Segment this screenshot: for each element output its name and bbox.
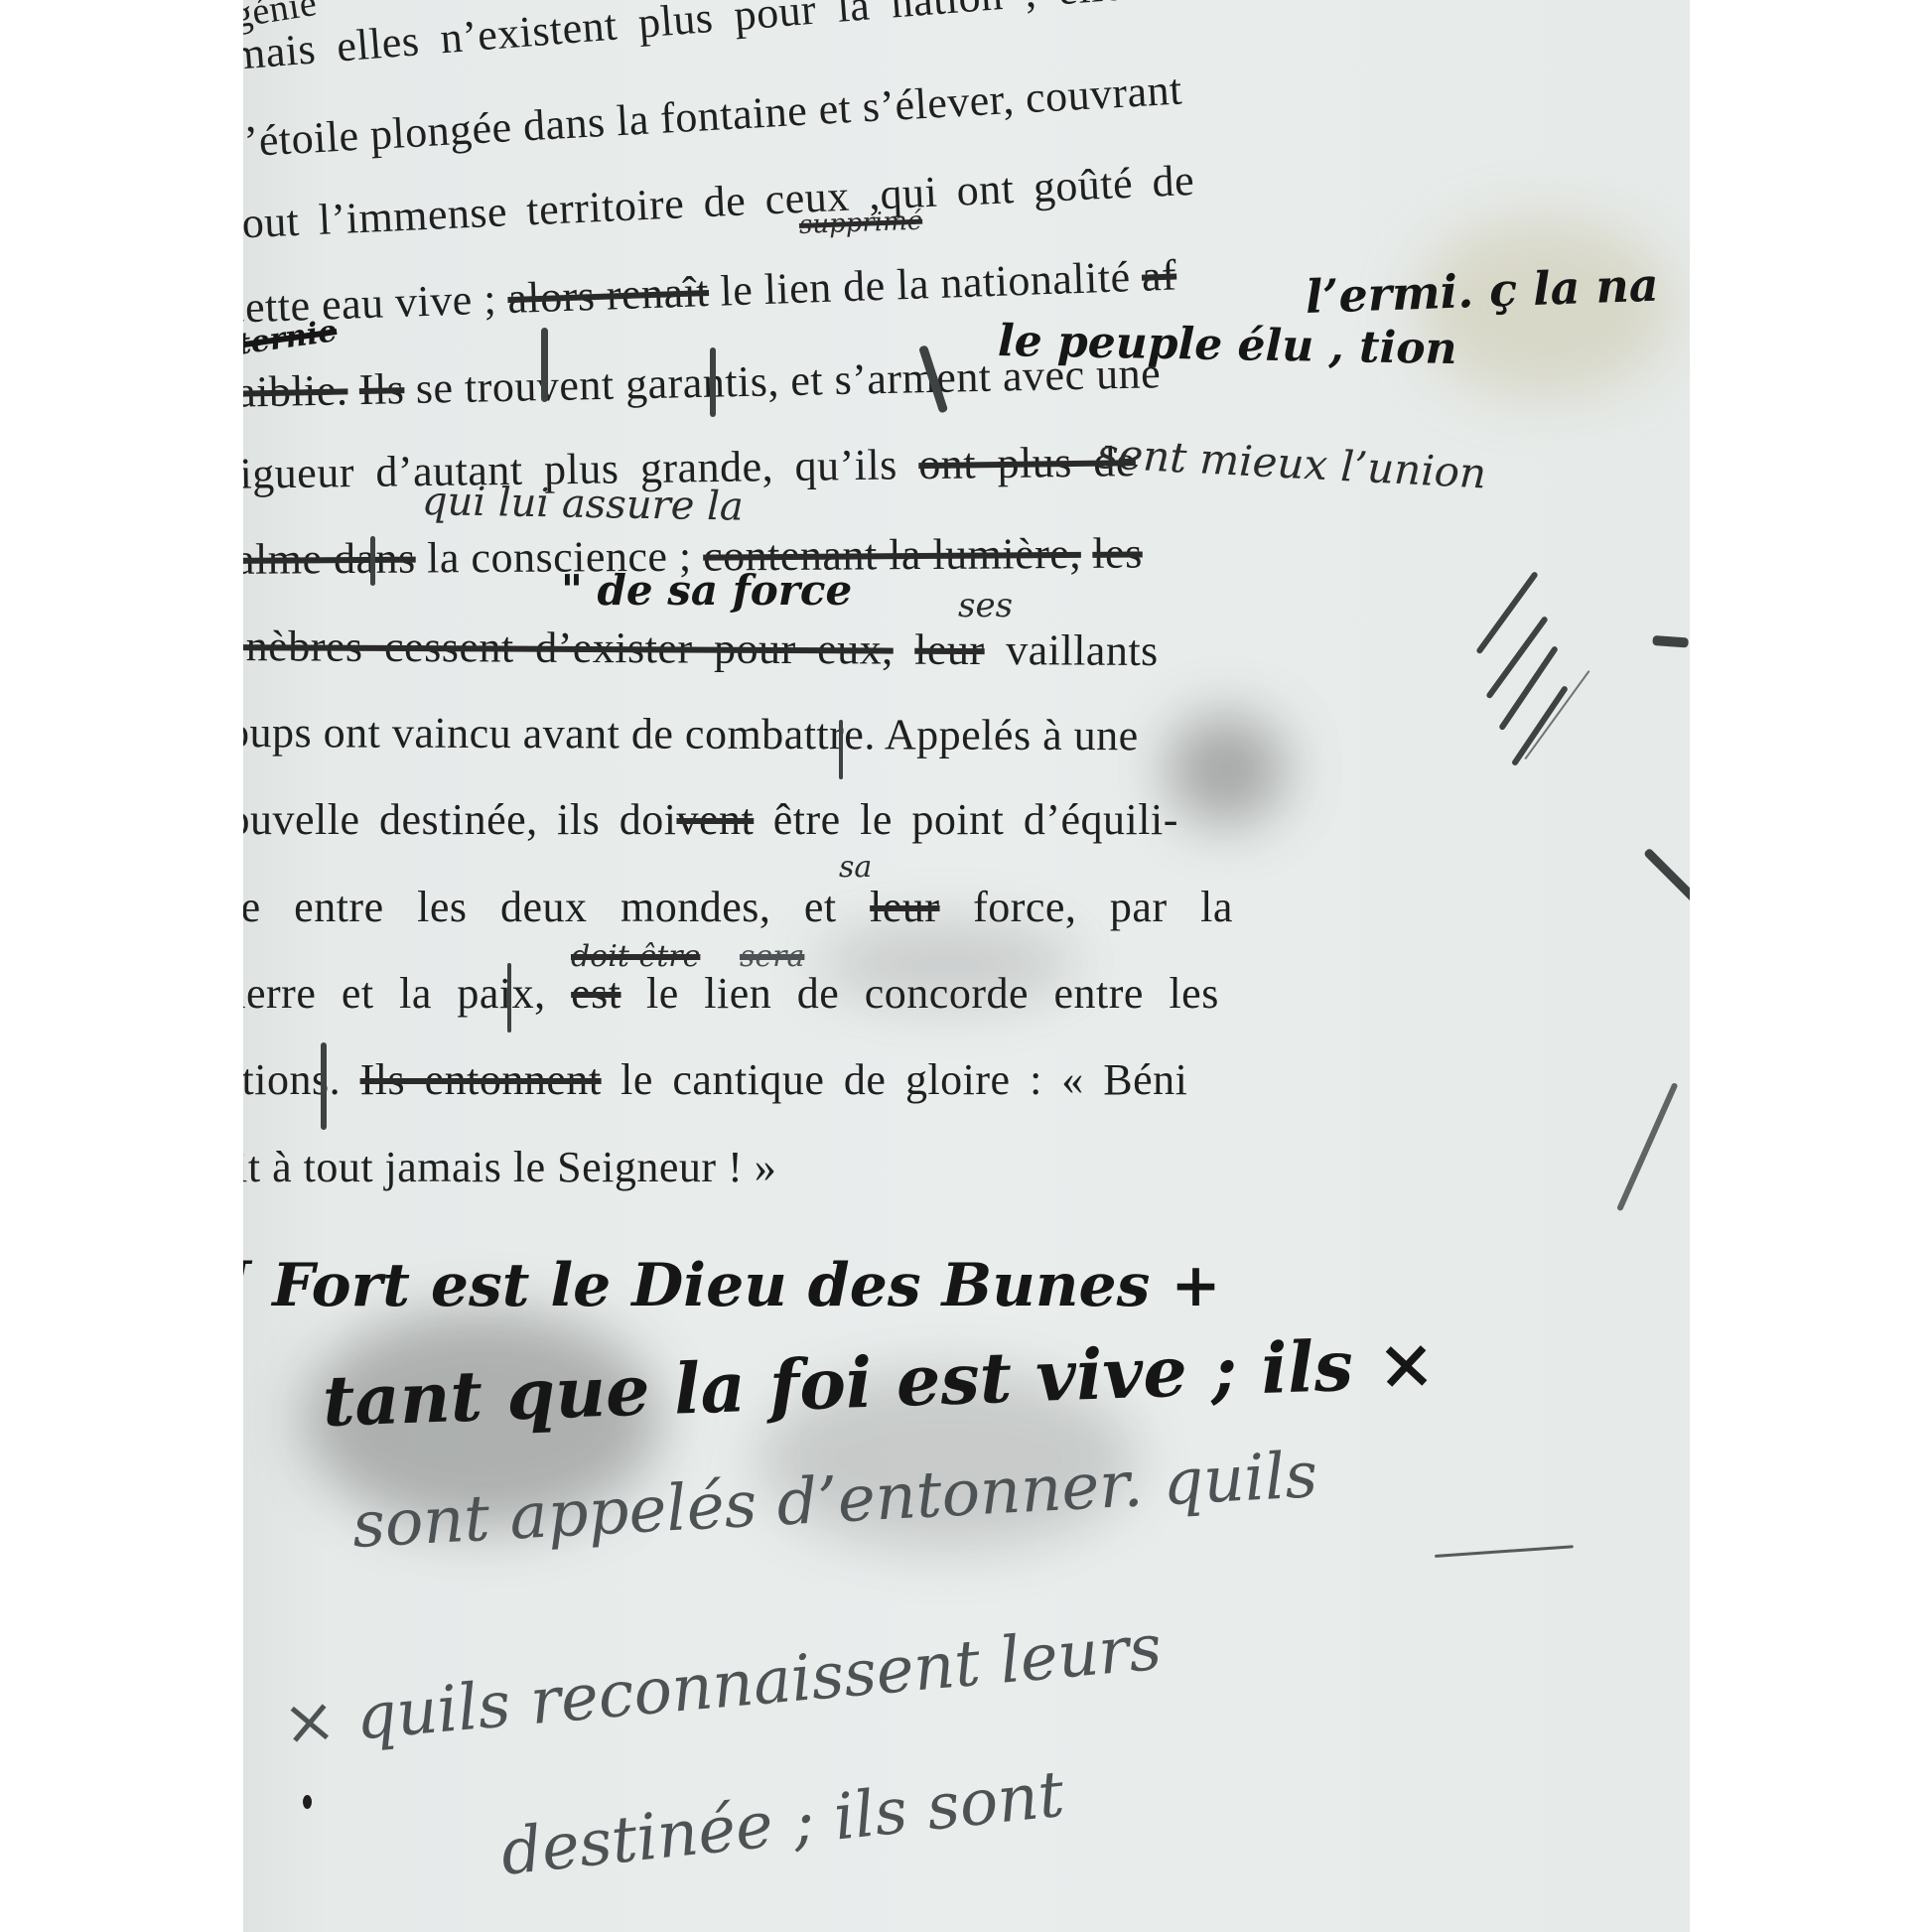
struck-text: af — [1141, 251, 1177, 301]
printed-text: vaillants — [1006, 625, 1159, 675]
printed-line-2: l’étoile plongée dans la fontaine et s’é… — [243, 64, 1183, 167]
caret-mark — [507, 963, 511, 1033]
struck-text: calme dans — [243, 534, 416, 584]
handwritten-insertion: le peuple élu , tion — [998, 316, 1457, 374]
handwritten-paragraph-line: destinée ; ils sont — [497, 1758, 1067, 1890]
printed-text: coups ont vaincu avant de combattre. App… — [243, 708, 1139, 759]
handwritten-paragraph-line: sont appelés d’entonner. quils — [350, 1439, 1319, 1563]
printed-line-14: soit à tout jamais le Seigneur ! » — [243, 1142, 776, 1192]
margin-slash-mark — [1652, 635, 1689, 647]
struck-text: Ils entonnent — [360, 1055, 602, 1104]
struck-text: vent — [676, 795, 754, 844]
printed-line-9: coups ont vaincu avant de combattre. App… — [243, 707, 1139, 760]
printed-line-1: mais elles n’existent plus pour la natio… — [243, 0, 1216, 80]
handwritten-insertion: sera — [740, 939, 804, 974]
printed-line-11: bre entre les deux mondes, et leur force… — [243, 882, 1233, 932]
handwritten-insertion: qui lui assure la — [422, 479, 745, 530]
printed-line-3: tout l’immense territoire de ceux ,qui o… — [243, 155, 1195, 249]
handwritten-paragraph-line: [ Fort est le Dieu des Bunes + — [243, 1251, 1221, 1320]
printed-text: tout l’immense territoire de ceux ,qui o… — [243, 156, 1195, 248]
printed-text: le lien de la nationalité — [720, 252, 1132, 315]
bracket-mark — [321, 1042, 327, 1130]
printed-text: force, par la — [973, 883, 1233, 931]
ink-smudge — [1167, 715, 1286, 824]
margin-slash-mark — [1616, 1082, 1678, 1211]
printed-text: le lien de concorde entre les — [646, 969, 1219, 1018]
printed-line-8: ténèbres cessent d’exister pour eux, leu… — [243, 621, 1159, 676]
book-page: génie mais elles n’existent plus pour la… — [243, 0, 1690, 1932]
printed-text: nouvelle destinée, ils doi — [243, 795, 676, 844]
handwritten-insertion: sent mieux l’union — [1096, 429, 1488, 497]
quils-underline — [1435, 1545, 1574, 1558]
struck-text: leur — [914, 625, 985, 674]
printed-line-13: nations. Ils entonnent le cantique de gl… — [243, 1054, 1187, 1105]
struck-text: ténèbres cessent d’exister pour eux, — [243, 621, 894, 674]
caret-mark — [710, 347, 716, 417]
handwritten-paragraph-line: tant que la foi est vive ; ils × — [322, 1321, 1438, 1443]
handwritten-paragraph-line: × quils reconnaissent leurs — [280, 1611, 1165, 1761]
handwritten-insertion: l’ermi. ç la na — [1305, 258, 1659, 324]
margin-slash-mark — [1643, 848, 1690, 910]
caret-mark — [370, 536, 375, 586]
printed-text: être le point d’équili- — [773, 795, 1178, 844]
printed-text: soit à tout jamais le Seigneur ! » — [243, 1143, 776, 1191]
struck-text: Ils — [358, 364, 405, 414]
handwritten-insertion: " de sa force — [561, 566, 852, 615]
printed-text: l’étoile plongée dans la fontaine et s’é… — [243, 65, 1183, 166]
handwritten-insertion: ses — [958, 586, 1013, 625]
ink-dot — [303, 1795, 312, 1809]
margin-slash-mark — [1498, 645, 1559, 731]
printed-line-12: guerre et la paix, est le lien de concor… — [243, 968, 1219, 1019]
printed-line-10: nouvelle destinée, ils doivent être le p… — [243, 794, 1178, 845]
printed-text: bre entre les deux mondes, et — [243, 883, 837, 931]
caret-mark — [541, 328, 548, 402]
struck-text: faiblie. — [243, 365, 348, 417]
handwritten-insertion: doit être — [571, 939, 700, 974]
struck-text: leur — [870, 883, 939, 931]
printed-text: guerre et la paix, — [243, 969, 546, 1018]
printed-text: le cantique de gloire : « Béni — [621, 1055, 1187, 1104]
handwritten-insertion: supprimé — [798, 207, 922, 240]
caret-mark — [839, 720, 843, 779]
struck-text: est — [571, 969, 621, 1018]
struck-text: les — [1092, 528, 1143, 577]
printed-text: mais elles n’existent plus pour la natio… — [243, 0, 1216, 79]
handwritten-insertion: sa — [839, 850, 872, 885]
struck-text: alors renaît — [507, 267, 710, 323]
